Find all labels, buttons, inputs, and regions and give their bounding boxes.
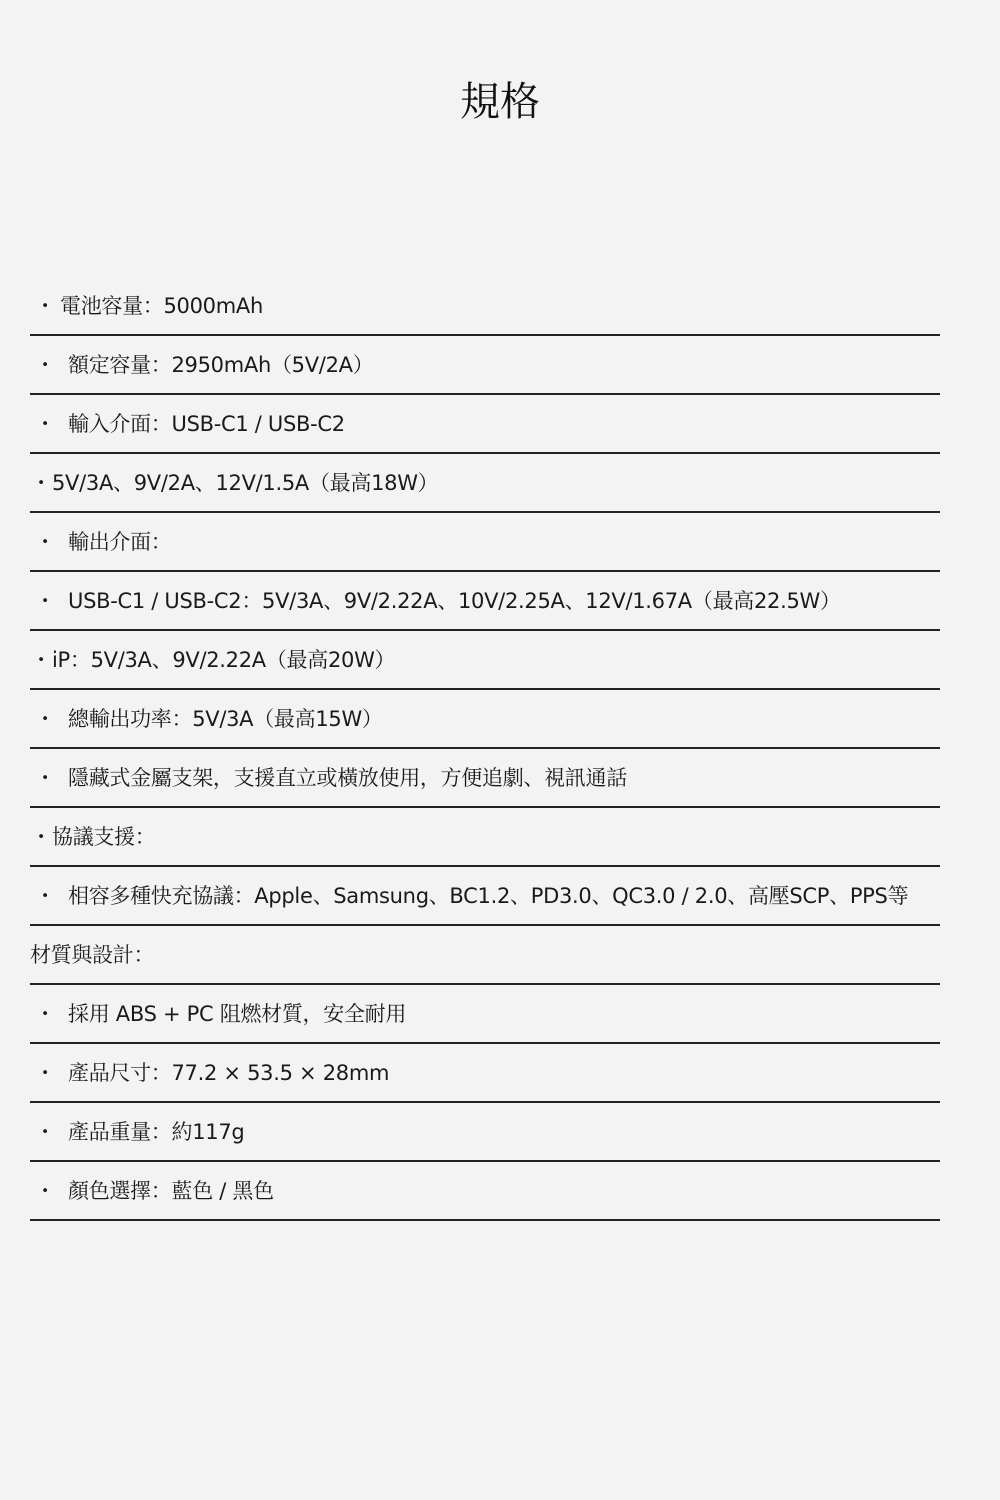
spec-text: ・電池容量：5000mAh <box>30 290 263 322</box>
spec-value: 相容多種快充協議：Apple、Samsung、BC1.2、PD3.0、QC3.0… <box>68 884 908 908</box>
spec-text: ・USB-C1 / USB-C2：5V/3A、9V/2.22A、10V/2.25… <box>30 585 841 617</box>
spec-value: 產品重量：約117g <box>68 1120 244 1144</box>
bullet-icon: ・ <box>30 526 60 558</box>
bullet-icon: ・ <box>30 1175 60 1207</box>
bullet-icon: ・ <box>30 1057 60 1089</box>
spec-value: 採用 ABS + PC 阻燃材質，安全耐用 <box>68 1002 406 1026</box>
bullet-icon: ・ <box>30 880 60 912</box>
spec-row-total-output: ・總輸出功率：5V/3A（最高15W） <box>30 690 940 749</box>
spec-text: ・產品重量：約117g <box>30 1116 244 1148</box>
spec-value: 協議支援： <box>52 825 156 849</box>
spec-text: 材質與設計： <box>30 939 154 971</box>
spec-row-ip-output: ・iP：5V/3A、9V/2.22A（最高20W） <box>30 631 940 690</box>
page-title: 規格 <box>0 74 1000 130</box>
spec-value: iP：5V/3A、9V/2.22A（最高20W） <box>52 648 395 672</box>
spec-list: ・電池容量：5000mAh ・額定容量：2950mAh（5V/2A） ・輸入介面… <box>30 277 940 1221</box>
spec-value: 材質與設計： <box>30 943 154 967</box>
spec-value: 產品尺寸：77.2 × 53.5 × 28mm <box>68 1061 389 1085</box>
spec-value: USB-C1 / USB-C2：5V/3A、9V/2.22A、10V/2.25A… <box>68 589 841 613</box>
spec-text: ・產品尺寸：77.2 × 53.5 × 28mm <box>30 1057 389 1089</box>
bullet-icon: ・ <box>30 408 60 440</box>
spec-value: 輸入介面：USB-C1 / USB-C2 <box>68 412 345 436</box>
spec-row-input-power: ・5V/3A、9V/2A、12V/1.5A（最高18W） <box>30 454 940 513</box>
spec-row-stand: ・隱藏式金屬支架，支援直立或橫放使用，方便追劇、視訊通話 <box>30 749 940 808</box>
spec-row-input-port: ・輸入介面：USB-C1 / USB-C2 <box>30 395 940 454</box>
spec-value: 總輸出功率：5V/3A（最高15W） <box>68 707 383 731</box>
spec-text: ・輸出介面： <box>30 526 172 558</box>
spec-row-battery-capacity: ・電池容量：5000mAh <box>30 277 940 336</box>
bullet-icon: ・ <box>30 467 52 499</box>
spec-value: 輸出介面： <box>68 530 172 554</box>
spec-row-protocol-heading: ・協議支援： <box>30 808 940 867</box>
spec-text: ・協議支援： <box>30 821 156 853</box>
bullet-icon: ・ <box>30 703 60 735</box>
spec-row-weight: ・產品重量：約117g <box>30 1103 940 1162</box>
spec-row-fast-charge-protocols: ・相容多種快充協議：Apple、Samsung、BC1.2、PD3.0、QC3.… <box>30 867 940 926</box>
bullet-icon: ・ <box>30 349 60 381</box>
bullet-icon: ・ <box>30 1116 60 1148</box>
spec-text: ・5V/3A、9V/2A、12V/1.5A（最高18W） <box>30 467 438 499</box>
spec-value: 5V/3A、9V/2A、12V/1.5A（最高18W） <box>52 471 438 495</box>
spec-text: ・iP：5V/3A、9V/2.22A（最高20W） <box>30 644 395 676</box>
spec-row-rated-capacity: ・額定容量：2950mAh（5V/2A） <box>30 336 940 395</box>
bullet-icon: ・ <box>30 762 60 794</box>
bullet-icon: ・ <box>30 290 60 322</box>
bullet-icon: ・ <box>30 821 52 853</box>
spec-text: ・隱藏式金屬支架，支援直立或橫放使用，方便追劇、視訊通話 <box>30 762 627 794</box>
spec-text: ・額定容量：2950mAh（5V/2A） <box>30 349 373 381</box>
spec-row-colors: ・顏色選擇：藍色 / 黑色 <box>30 1162 940 1221</box>
spec-value: 額定容量：2950mAh（5V/2A） <box>68 353 373 377</box>
spec-row-dimensions: ・產品尺寸：77.2 × 53.5 × 28mm <box>30 1044 940 1103</box>
spec-row-usb-c-output: ・USB-C1 / USB-C2：5V/3A、9V/2.22A、10V/2.25… <box>30 572 940 631</box>
spec-value: 隱藏式金屬支架，支援直立或橫放使用，方便追劇、視訊通話 <box>68 766 627 790</box>
bullet-icon: ・ <box>30 644 52 676</box>
spec-row-material: ・採用 ABS + PC 阻燃材質，安全耐用 <box>30 985 940 1044</box>
bullet-icon: ・ <box>30 585 60 617</box>
spec-text: ・顏色選擇：藍色 / 黑色 <box>30 1175 274 1207</box>
spec-row-output-port-heading: ・輸出介面： <box>30 513 940 572</box>
spec-value: 顏色選擇：藍色 / 黑色 <box>68 1179 274 1203</box>
spec-text: ・輸入介面：USB-C1 / USB-C2 <box>30 408 345 440</box>
spec-text: ・採用 ABS + PC 阻燃材質，安全耐用 <box>30 998 406 1030</box>
spec-row-material-heading: 材質與設計： <box>30 926 940 985</box>
bullet-icon: ・ <box>30 998 60 1030</box>
spec-value: 電池容量：5000mAh <box>60 294 263 318</box>
spec-text: ・相容多種快充協議：Apple、Samsung、BC1.2、PD3.0、QC3.… <box>30 880 908 912</box>
spec-text: ・總輸出功率：5V/3A（最高15W） <box>30 703 383 735</box>
